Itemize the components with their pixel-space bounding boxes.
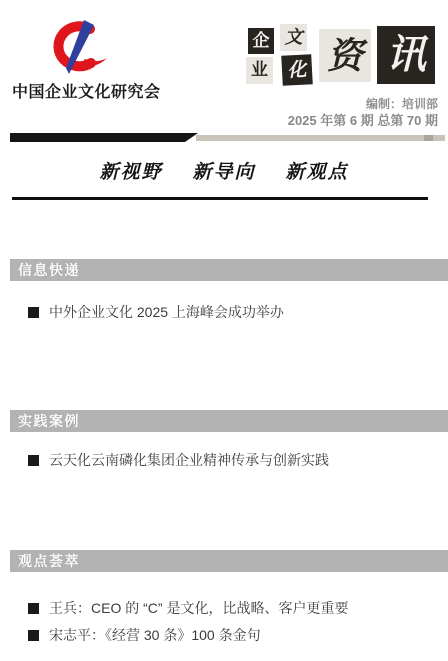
section-header-news: 信息快递 <box>10 259 448 281</box>
bullet-square-icon <box>28 630 39 641</box>
association-swoosh-logo-icon <box>44 17 108 77</box>
organization-name: 中国企业文化研究会 <box>12 79 161 102</box>
issue-line: 2025 年第 6 期 总第 70 期 <box>288 110 438 129</box>
masthead-tile-zi: 资 <box>319 29 371 82</box>
masthead-tile-qi: 企 <box>248 28 274 54</box>
section-header-cases: 实践案例 <box>10 410 448 432</box>
toc-item[interactable]: 宋志平：《经营 30 条》100 条金句 <box>28 627 261 643</box>
bullet-square-icon <box>28 455 39 466</box>
masthead-tile-wen: 文 <box>280 24 307 51</box>
bullet-square-icon <box>28 307 39 318</box>
newsletter-front-page: 中国企业文化研究会 企 业 文 化 资 讯 编制：培训部 2025 年第 6 期… <box>0 0 448 661</box>
slogan-new-vision: 新视野 <box>99 157 162 184</box>
toc-item-label: 王兵：CEO 的 “C” 是文化，比战略、客户更重要 <box>49 598 348 618</box>
divider-bar-black-segment <box>10 133 198 142</box>
horizontal-rule <box>12 197 428 200</box>
toc-item-label: 中外企业文化 2025 上海峰会成功举办 <box>49 302 284 322</box>
bullet-square-icon <box>28 603 39 614</box>
divider-bar-endcap <box>424 135 433 141</box>
toc-item[interactable]: 王兵：CEO 的 “C” 是文化，比战略、客户更重要 <box>28 600 348 616</box>
toc-item-label: 云天化云南磷化集团企业精神传承与创新实践 <box>49 450 329 470</box>
section-header-viewpoints: 观点荟萃 <box>10 550 448 572</box>
slogan-row: 新视野 新导向 新观点 <box>0 157 448 184</box>
masthead-tile-xun: 讯 <box>377 26 435 84</box>
divider-bar <box>10 133 445 142</box>
toc-item[interactable]: 中外企业文化 2025 上海峰会成功举办 <box>28 304 284 320</box>
slogan-new-viewpoint: 新观点 <box>286 157 349 184</box>
toc-item[interactable]: 云天化云南磷化集团企业精神传承与创新实践 <box>28 452 329 468</box>
divider-bar-beige-segment <box>196 135 445 141</box>
masthead-tile-hua: 化 <box>281 54 313 86</box>
masthead-tile-ye: 业 <box>246 57 273 84</box>
toc-item-label: 宋志平：《经营 30 条》100 条金句 <box>49 625 261 645</box>
slogan-new-direction: 新导向 <box>192 157 255 184</box>
